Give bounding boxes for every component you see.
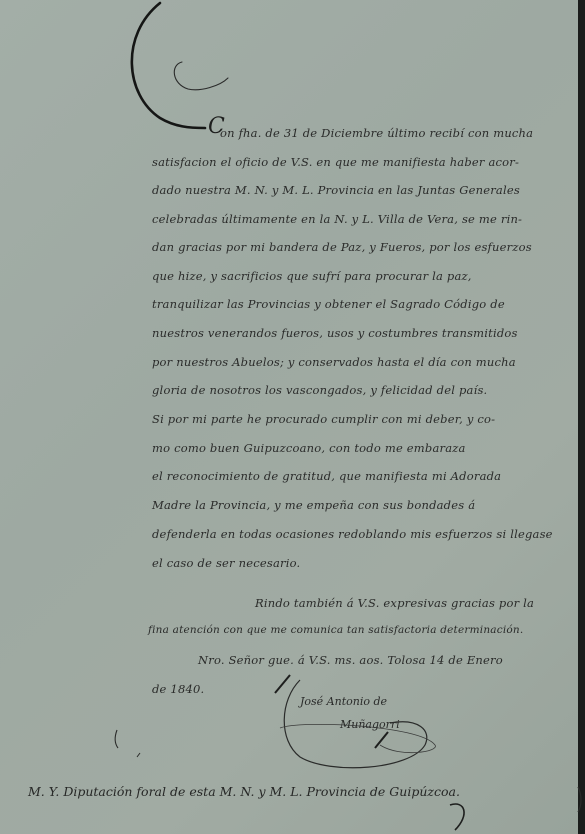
body-line: gloria de nosotros los vascongados, y fe… (152, 383, 487, 397)
body-line: on fha. de 31 de Diciembre último recibí… (220, 126, 533, 140)
year-line: de 1840. (152, 682, 204, 696)
addressee-line: M. Y. Diputación foral de esta M. N. y M… (28, 784, 460, 799)
body-line: que hize, y sacrificios que sufrí para p… (152, 269, 472, 283)
body-line: tranquilizar las Provincias y obtener el… (152, 297, 505, 311)
body-line: dado nuestra M. N. y M. L. Provincia en … (152, 183, 520, 197)
closing-line: fina atención con que me comunica tan sa… (148, 624, 523, 636)
body-line: el caso de ser necesario. (152, 556, 300, 570)
body-line: satisfacion el oficio de V.S. en que me … (152, 155, 519, 169)
body-line: el reconocimiento de gratitud, que manif… (152, 469, 501, 483)
body-line: Si por mi parte he procurado cumplir con… (152, 412, 495, 426)
body-line: por nuestros Abuelos; y conservados hast… (152, 355, 516, 369)
body-line: dan gracias por mi bandera de Paz, y Fue… (152, 240, 532, 254)
body-line: celebradas últimamente en la N. y L. Vil… (152, 212, 522, 226)
signature-line-2: Muñagorri (340, 718, 400, 731)
body-line: nuestros venerandos fueros, usos y costu… (152, 326, 518, 340)
body-line: defenderla en todas ocasiones redoblando… (152, 527, 553, 541)
body-line: Madre la Provincia, y me empeña con sus … (152, 498, 475, 512)
body-line: mo como buen Guipuzcoano, con todo me em… (152, 441, 466, 455)
closing-line: Rindo también á V.S. expresivas gracias … (255, 596, 534, 610)
date-line: Nro. Señor gue. á V.S. ms. aos. Tolosa 1… (198, 653, 503, 667)
signature-line-1: José Antonio de (300, 695, 387, 708)
page-edge-shadow (578, 0, 585, 834)
